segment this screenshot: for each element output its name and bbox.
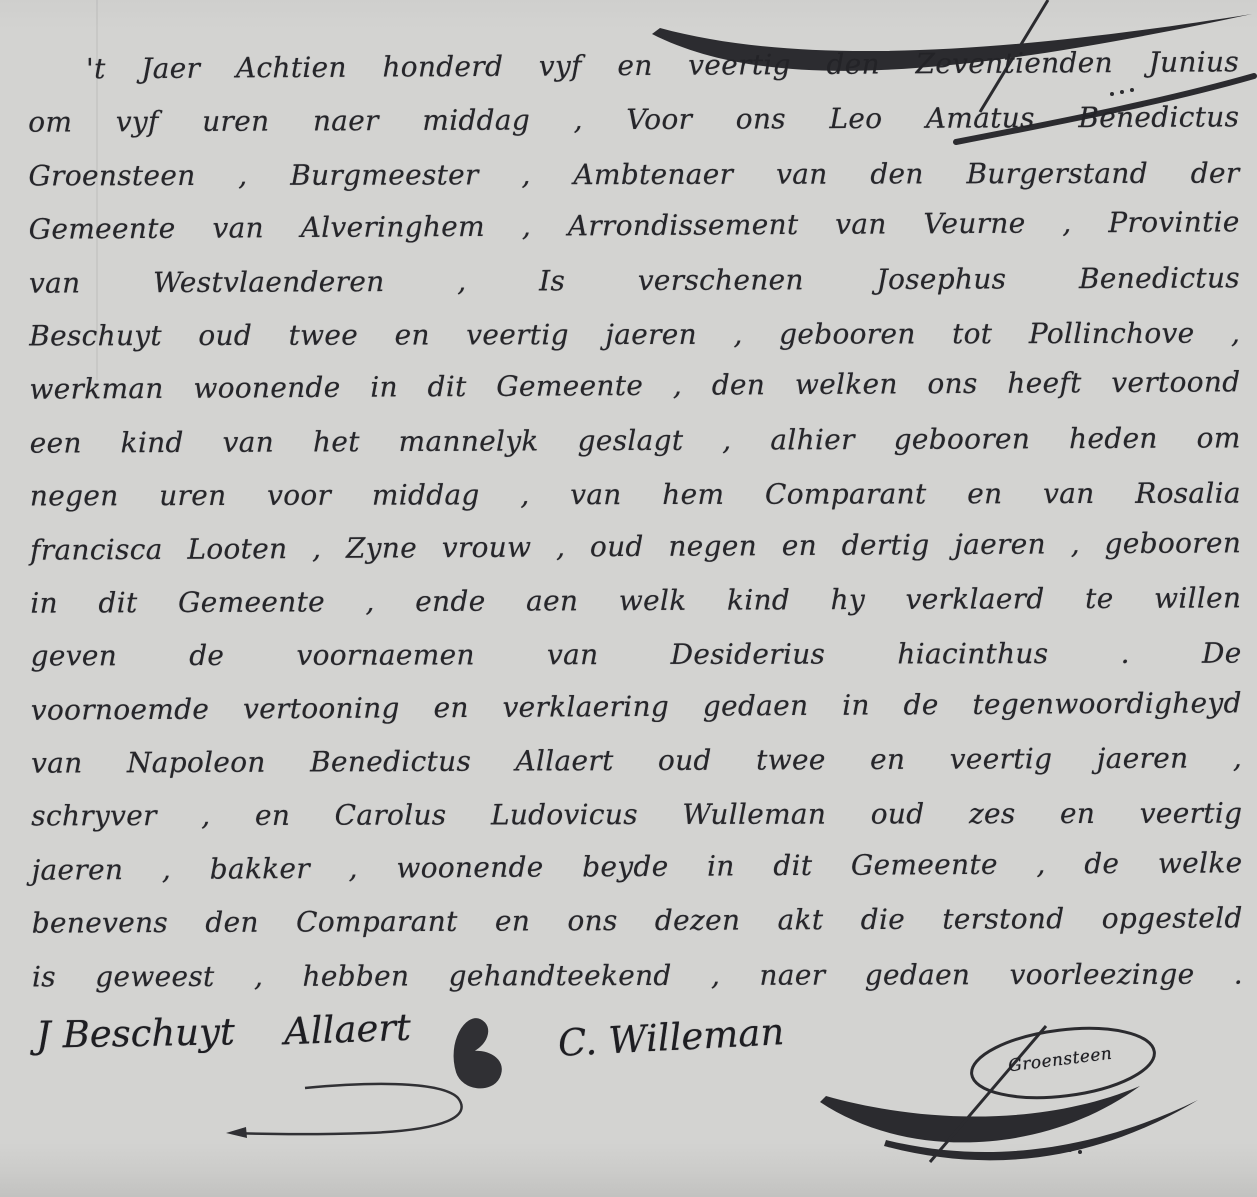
document-line: van Napoleon Benedictus Allaert oud twee…: [31, 731, 1242, 790]
signature-flourish-groensteen: [820, 1019, 1198, 1162]
signature-allaert: Allaert: [283, 1006, 411, 1053]
document-line: jaeren , bakker , woonende beyde in dit …: [31, 836, 1242, 897]
document-line: een kind van het mannelyk geslagt , alhi…: [30, 411, 1241, 470]
document-line: is geweest , hebben gehandteekend , naer…: [32, 947, 1243, 1003]
signature-willeman: C. Willeman: [557, 1010, 785, 1065]
document-line: schryver , en Carolus Ludovicus Wulleman…: [31, 787, 1242, 843]
document-line: om vyf uren naer middag , Voor ons Leo A…: [28, 91, 1239, 150]
document-line: werkman woonende in dit Gemeente , den w…: [29, 356, 1240, 417]
document-line: Groensteen , Burgmeester , Ambtenaer van…: [28, 146, 1239, 202]
document-line: 't Jaer Achtien honderd vyf en veertig d…: [28, 35, 1239, 96]
document-line: benevens den Comparant en ons dezen akt …: [32, 892, 1243, 951]
document-line: francisca Looten , Zyne vrouw , oud nege…: [30, 516, 1241, 577]
handwritten-text-block: 't Jaer Achtien honderd vyf en veertig d…: [28, 37, 1243, 1003]
document-line: geven de voornaemen van Desiderius hiaci…: [31, 627, 1242, 683]
document-line: voornoemde vertooning en verklaering ged…: [31, 676, 1242, 737]
document-line: van Westvlaenderen , Is verschenen Josep…: [29, 251, 1240, 310]
document-line: in dit Gemeente , ende aen welk kind hy …: [30, 571, 1241, 630]
document-page: 't Jaer Achtien honderd vyf en veertig d…: [0, 0, 1257, 1197]
signature-groensteen: Groensteen: [1007, 1044, 1113, 1077]
document-line: Beschuyt oud twee en veertig jaeren , ge…: [29, 307, 1240, 363]
document-line: Gemeente van Alveringhem , Arrondissemen…: [29, 195, 1240, 256]
signature-beschuyt: J Beschuyt: [36, 1010, 236, 1056]
document-line: negen uren voor middag , van hem Compara…: [30, 467, 1241, 523]
